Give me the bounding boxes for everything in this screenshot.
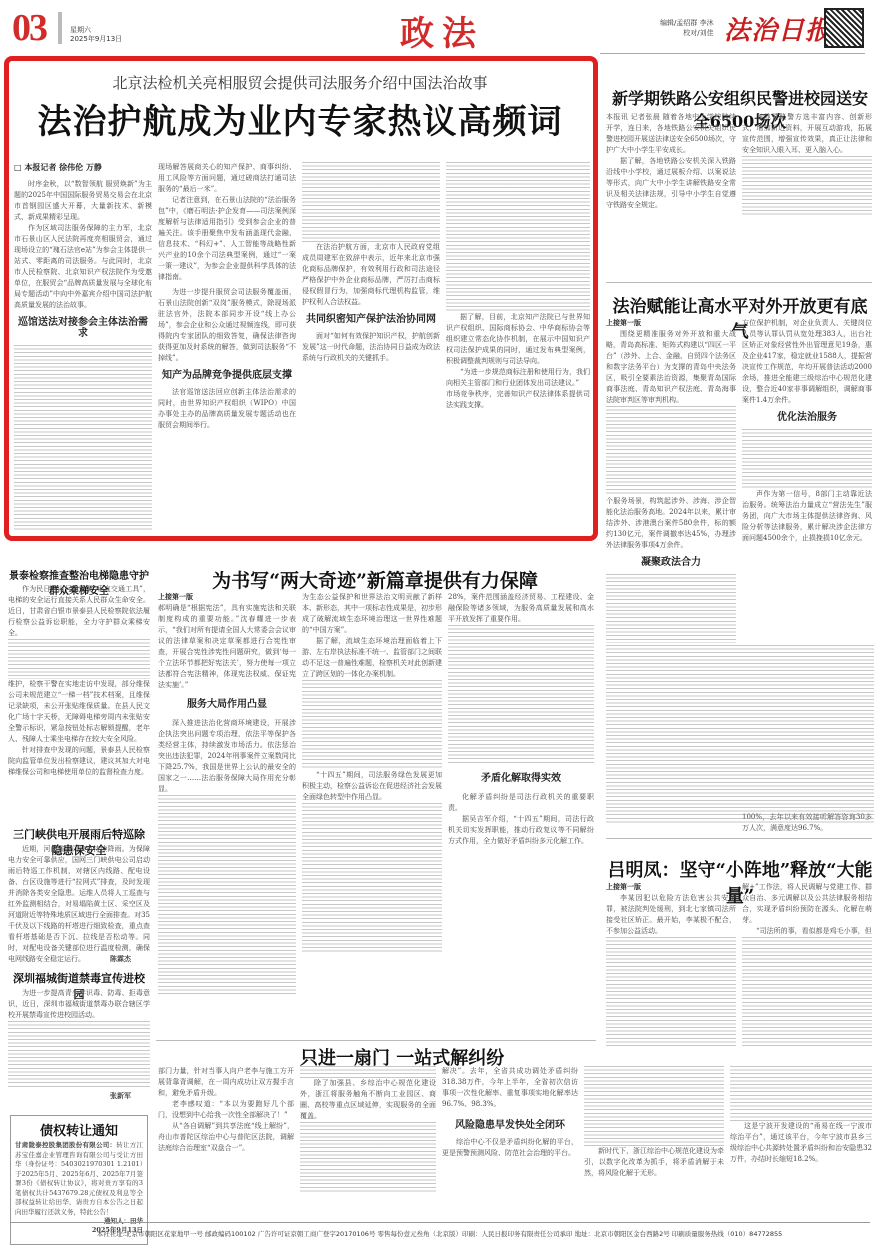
qingdao-paragraph: 方位保护机制，对企业负责人、关键岗位人员等认罪认罚从宽处理383人，出台社区矫正… bbox=[742, 318, 872, 406]
qingdao-paragraph: 声作为第一信号，8部门主动靠近法治服务。统筹法治力量成立“营法先生”服务团，向广… bbox=[742, 489, 872, 544]
body-text bbox=[606, 406, 736, 496]
one-door-paragraph: 新时代下，浙江综治中心规范化建设为牵引，以数字化改革为抓手，将矛盾消解于未然，将… bbox=[584, 1146, 724, 1179]
sanmenxia-body: 近期，河南省三门峡市持续降雨。为保障电力安全可靠供应，国网三门峡供电公司启动雨后… bbox=[8, 844, 150, 962]
issue-date: 星期六 2025年9月13日 bbox=[70, 26, 122, 44]
jump-label: 上接第一版 bbox=[606, 318, 736, 329]
body-text bbox=[742, 429, 872, 489]
lead-paragraph: 在法治护航方面，北京市人民政府党组成员周建军在致辞中表示，近年来北京市强化商标品… bbox=[302, 242, 440, 308]
miracles-paragraph: 28%，案件范围涵盖经济贸易、工程建设、金融保险等诸多领域，为服务高质量发展和高… bbox=[448, 592, 594, 625]
miracles-paragraph: 郝明确是“根据宪法”，具有实施宪法和关联制度构成的重要功能。”沈春耀进一步表示，… bbox=[158, 603, 296, 691]
page-number-divider bbox=[58, 12, 62, 44]
weekday: 星期六 bbox=[70, 26, 122, 35]
divider bbox=[156, 1040, 596, 1041]
miracles-paragraph: 化解矛盾纠纷是司法行政机关的重要职责。 bbox=[448, 792, 594, 814]
body-text bbox=[606, 937, 736, 1047]
body-text bbox=[8, 1021, 150, 1088]
lead-subheading: 共同织密知产保护法治协同网 bbox=[302, 314, 440, 325]
body-text bbox=[302, 162, 440, 242]
lead-headline: 法治护航成为业内专家热议高频词 bbox=[0, 94, 600, 143]
lead-byline: □ 本报记者 徐伟伦 万静 bbox=[14, 162, 152, 173]
one-door-column-4: 新时代下，浙江综治中心规范化建设为牵引，以数字化改革为抓手，将矛盾消解于未然，将… bbox=[584, 1066, 724, 1216]
page-number: 03 bbox=[12, 6, 46, 50]
body-text bbox=[446, 162, 590, 312]
lu-paragraph: 解+”工作法，将人民调解与党建工作、群众自治、多元调解以及公共法律服务相结合，实… bbox=[742, 882, 872, 926]
lead-paragraph: “为进一步规范商标注册和使用行为，我们向相关主管部门和行业团体发出司法建议。” bbox=[446, 367, 590, 389]
body-text bbox=[300, 1122, 436, 1192]
body-text bbox=[158, 795, 296, 995]
lu-paragraph: “司法所的事，看似都是鸡毛小事，但 bbox=[742, 926, 872, 937]
debt-transfer-notice: 债权转让通知 甘肃陇泰控股集团股份有限公司：转让方江苏宝佳嘉企业管理咨询有限公司… bbox=[10, 1115, 148, 1245]
lead-subheading: 知产为品牌竞争提供底层支撑 bbox=[158, 370, 296, 381]
footer-rule bbox=[10, 1222, 870, 1223]
miracles-column-2: 为生态公益保护和世界法治文明贡献了新样本、新形态，其中一项标志性成果是，初步形成… bbox=[302, 592, 442, 1052]
body-text bbox=[606, 574, 736, 643]
newspaper-logo: 法治日报 bbox=[724, 10, 832, 47]
body-text bbox=[584, 1066, 724, 1146]
one-door-column-5: 这是宁波开发建设的“甬易在线一宁波市综治平台”，通过该平台，今年宁波市县乡三级综… bbox=[730, 1066, 872, 1216]
lu-paragraph: 李某因犯以危险方法危害公共安全罪，被法院判处缓刑，到北七家镇司法所接受社区矫正。… bbox=[606, 893, 736, 937]
qingdao-subheading: 优化法治服务 bbox=[742, 412, 872, 423]
railway-paragraph: 各地铁路警方选丰富内容、创新形式，增加新近资料，开展互动游戏，拓展宣传范围，增强… bbox=[742, 112, 872, 156]
notice-text: 转让方江苏宝佳嘉企业管理咨询有限公司与受让方田华（身份证号：5403021970… bbox=[15, 1141, 143, 1216]
miracles-paragraph: 深入推进法治化营商环境建设，开展涉企执法突出问题专项治理，依法平等保护各类经营主… bbox=[158, 718, 296, 795]
sanmenxia-paragraph: 近期，河南省三门峡市持续降雨。为保障电力安全可靠供应，国网三门峡供电公司启动雨后… bbox=[8, 844, 150, 962]
qingdao-paragraph: 个服务场景，构筑起涉外、涉海、涉企智能化法治服务高地。2024年以来，累计审结涉… bbox=[606, 496, 736, 551]
divider bbox=[606, 838, 872, 839]
qr-code-icon bbox=[824, 8, 864, 48]
qingdao-subheading: 凝聚政法合力 bbox=[606, 557, 736, 568]
body-text bbox=[300, 1066, 436, 1078]
body-text bbox=[742, 156, 872, 216]
one-door-paragraph: 除了加强县、乡综治中心规范化建设外，浙江将服务触角不断向工业园区、商圈、高校等重… bbox=[300, 1078, 436, 1122]
shenzhen-body: 为进一步提高青少年识毒、防毒、拒毒意识，近日，深圳市福城街道禁毒办联合辖区学校开… bbox=[8, 988, 150, 1088]
lead-paragraph: 时序金秋，以“数智领航 服贸焕新”为主题的2025年中国国际服务贸易交易会在北京… bbox=[14, 179, 152, 223]
lead-paragraph: 现场解答展商关心的知产保护、商事纠纷、用工风险等方面问题，通过磋商法打通司法服务… bbox=[158, 162, 296, 195]
body-text bbox=[448, 625, 594, 765]
miracles-column-1: 上接第一版 郝明确是“根据宪法”，具有实施宪法和关联制度构成的重要功能。”沈春耀… bbox=[158, 592, 296, 1052]
lu-column-2: 解+”工作法，将人民调解与党建工作、群众自治、多元调解以及公共法律服务相结合，实… bbox=[742, 882, 872, 1057]
lead-column-2: 现场解答展商关心的知产保护、商事纠纷、用工风险等方面问题，通过磋商法打通司法服务… bbox=[158, 162, 296, 532]
shenzhen-paragraph: 为进一步提高青少年识毒、防毒、拒毒意识，近日，深圳市福城街道禁毒办联合辖区学校开… bbox=[8, 988, 150, 1021]
one-door-paragraph: 部门力量，针对当事人向户老李与施工方开展背靠背调解，在一周内成功让双方握手言和，… bbox=[158, 1066, 294, 1099]
jump-label: 上接第一版 bbox=[606, 882, 736, 893]
jingtai-body: 作为民日常出行的重要“垂直交通工具”，电梯的安全运行直接关系人民群众生命安全。近… bbox=[8, 584, 150, 812]
railway-column-2: 各地铁路警方选丰富内容、创新形式，增加新近资料，开展互动游戏，拓展宣传范围，增强… bbox=[742, 112, 872, 252]
notice-title: 债权转让通知 bbox=[15, 1120, 143, 1139]
miracles-paragraph: 据了解，流域生态环境治理面临着上下游、左右岸执法标准不统一、监管部门之间联动不足… bbox=[302, 636, 442, 680]
miracles-paragraph: “十四五”期间，司法服务绿色发展更加积极主动，检察公益诉讼在促进经济社会发展全面… bbox=[302, 770, 442, 803]
lead-column-4: 据了解，目前，北京知产法院已与世界知识产权组织、国际商标协会、中华商标协会等组织… bbox=[446, 162, 590, 532]
shenzhen-author: 张新军 bbox=[110, 1090, 150, 1101]
section-title: 政法 bbox=[400, 6, 484, 55]
body-text bbox=[302, 803, 442, 953]
one-door-paragraph: 从“各自调解”到共享法庭“线上解纷”，舟山市普陀区综治中心与普陀区法院，调解法庭… bbox=[158, 1121, 294, 1154]
body-text bbox=[14, 345, 152, 532]
masthead-rule bbox=[600, 53, 865, 54]
miracles-column-3: 28%，案件范围涵盖经济贸易、工程建设、金融保险等诸多领域，为服务高质量发展和高… bbox=[448, 592, 594, 1052]
editor-credits: 编辑/孟绍群 李沐 校对/刘佳 bbox=[660, 18, 714, 38]
lu-column-1: 上接第一版 李某因犯以危险方法危害公共安全罪，被法院判处缓刑，到北七家镇司法所接… bbox=[606, 882, 736, 1057]
body-text bbox=[730, 1066, 872, 1121]
railway-column-1: 本报讯 记者张晨 随着各地中小学校陆续开学，连日来，各地铁路公安机关组织民警进校… bbox=[606, 112, 736, 252]
one-door-paragraph: 综治中心不仅是矛盾纠纷化解的平台，更是预警预测风险、防范社会治理的平台。 bbox=[442, 1137, 578, 1159]
lead-paragraph: 作为区域司法服务保障的主力军，北京市石景山区人民法院再度亮相服贸会，通过现场设立… bbox=[14, 223, 152, 311]
lead-column-3: 在法治护航方面，北京市人民政府党组成员周建军在致辞中表示，近年来北京市强化商标品… bbox=[302, 162, 440, 532]
lead-paragraph: 据了解，目前，北京知产法院已与世界知识产权组织、国际商标协会、中华商标协会等组织… bbox=[446, 312, 590, 367]
lead-subheading: 巡馆送法对接参会主体法治需求 bbox=[14, 317, 152, 339]
date: 2025年9月13日 bbox=[70, 35, 122, 44]
editors: 编辑/孟绍群 李沐 bbox=[660, 18, 714, 28]
jingtai-paragraph: 作为民日常出行的重要“垂直交通工具”，电梯的安全运行直接关系人民群众生命安全。近… bbox=[8, 584, 150, 639]
footer-imprint: 本社社址:北京市朝阳区花家地甲一号 邮政编码100102 广告许可证京朝工商广登… bbox=[0, 1229, 879, 1238]
railway-paragraph: 本报讯 记者张晨 随着各地中小学校陆续开学，连日来，各地铁路公安机关组织民警进校… bbox=[606, 112, 736, 156]
one-door-column-3: 解决”。去年，全省共成功调处矛盾纠纷318.38万件，今年上半年，全省初次信访事… bbox=[442, 1066, 578, 1216]
lead-column-1: □ 本报记者 徐伟伦 万静 时序金秋，以“数智领航 服贸焕新”为主题的2025年… bbox=[14, 162, 152, 532]
qingdao-continued bbox=[606, 645, 874, 830]
two-miracles-headline: 为书写“两大奇迹”新篇章提供有力保障 bbox=[152, 566, 598, 593]
proofreader: 校对/刘佳 bbox=[660, 28, 714, 38]
body-text bbox=[302, 680, 442, 770]
qingdao-column-1: 上接第一版 围绕更精准服务对外开放和重大战略，青岛高标准、矩阵式构建以“四区一平… bbox=[606, 318, 736, 643]
miracles-paragraph: 据吴吉军介绍，“十四五”期间，司法行政机关切实发挥职能，推动行政复议等不同解纷方… bbox=[448, 814, 594, 847]
body-text bbox=[8, 639, 150, 679]
sanmenxia-author: 陈霖杰 bbox=[110, 953, 150, 964]
body-text bbox=[606, 645, 874, 825]
qingdao-column-2: 方位保护机制，对企业负责人、关键岗位人员等认罪认罚从宽处理383人，出台社区矫正… bbox=[742, 318, 872, 643]
divider bbox=[606, 282, 872, 283]
jump-label: 上接第一版 bbox=[158, 592, 296, 603]
miracles-subheading: 矛盾化解取得实效 bbox=[448, 773, 594, 784]
one-door-column-2: 除了加强县、乡综治中心规范化建设外，浙江将服务触角不断向工业园区、商圈、高校等重… bbox=[300, 1066, 436, 1216]
one-door-subheading: 风险隐患早发快处全闭环 bbox=[442, 1120, 578, 1131]
one-door-paragraph: 老李感叹道：“本以为要跑好几个部门，没想到中心给我一次性全部解决了！” bbox=[158, 1099, 294, 1121]
notice-body: 甘肃陇泰控股集团股份有限公司：转让方江苏宝佳嘉企业管理咨询有限公司与受让方田华（… bbox=[15, 1141, 143, 1217]
miracles-subheading: 服务大局作用凸显 bbox=[158, 699, 296, 710]
one-door-paragraph: 这是宁波开发建设的“甬易在线一宁波市综治平台”，通过该平台，今年宁波市县乡三级综… bbox=[730, 1121, 872, 1165]
one-door-column-1: 部门力量，针对当事人向户老李与施工方开展背靠背调解，在一周内成功让双方握手言和，… bbox=[158, 1066, 294, 1216]
miracles-paragraph: 为生态公益保护和世界法治文明贡献了新样本、新形态，其中一项标志性成果是，初步形成… bbox=[302, 592, 442, 636]
lead-paragraph: 面对“如何有效保护知识产权，护航创新发展”这一时代命题，法治协同日益成为政法系统… bbox=[302, 331, 440, 364]
railway-paragraph: 据了解，各地铁路公安机关深入铁路沿线中小学校，通过展板介绍、以案说法等形式，向广… bbox=[606, 156, 736, 211]
lead-paragraph: 市场竞争秩序，完善知识产权法律体系提供司法实践支撑。 bbox=[446, 389, 590, 411]
body-text bbox=[742, 937, 872, 1047]
lead-paragraph: 法官巡馆送法回应创新主体法治需求的同时，由世界知识产权组织（WIPO）中国办事处… bbox=[158, 387, 296, 431]
lead-paragraph: 为进一步提升服贸会司法服务覆盖面，石景山法院创新“双岗”服务模式，除现场派驻法官… bbox=[158, 287, 296, 364]
jingtai-paragraph: 针对排查中发现的问题，景泰县人民检察院向监管单位发出检察建议，建议其加大对电梯维… bbox=[8, 745, 150, 778]
one-door-paragraph: 解决”。去年，全省共成功调处矛盾纠纷318.38万件，今年上半年，全省初次信访事… bbox=[442, 1066, 578, 1110]
notice-addressee: 甘肃陇泰控股集团股份有限公司： bbox=[15, 1141, 116, 1149]
lead-paragraph: 记者注意到，在石景山法院的“法治服务包”中，《磨石明法·护企发育——司法案例深度… bbox=[158, 195, 296, 283]
lead-kicker: 北京法检机关亮相服贸会提供司法服务介绍中国法治故事 bbox=[0, 72, 600, 93]
jingtai-paragraph: 维护，检察干警在实地走访中发现，部分维保公司未规范建立“一梯一档”技术档案，且维… bbox=[8, 679, 150, 745]
qingdao-paragraph: 围绕更精准服务对外开放和重大战略，青岛高标准、矩阵式构建以“四区一平台”（涉外、… bbox=[606, 329, 736, 406]
